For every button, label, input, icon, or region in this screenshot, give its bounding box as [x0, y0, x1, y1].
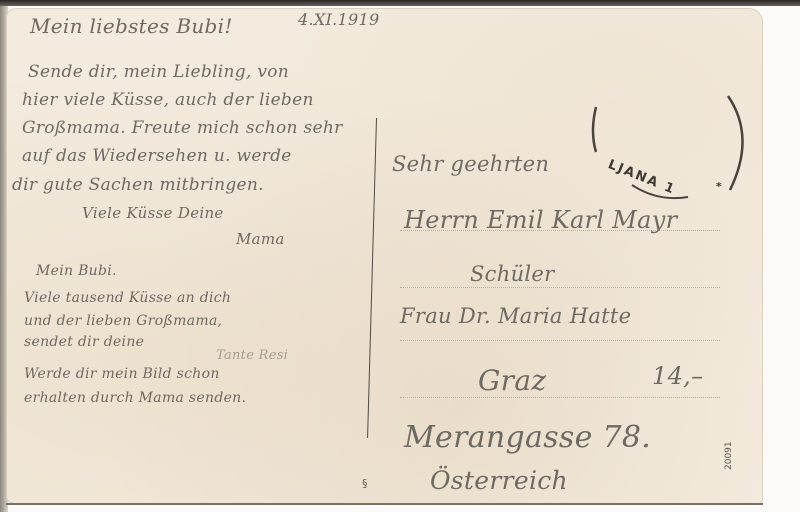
second-message-salutation: Mein Bubi. — [36, 263, 117, 279]
address-dotted-line — [400, 397, 720, 398]
address-occupation: Schüler — [470, 262, 554, 286]
postcard-bottom-edge — [6, 503, 763, 505]
message-line: Großmama. Freute mich schon sehr — [22, 118, 343, 138]
address-dotted-line — [400, 340, 720, 341]
serial-number: 20091 — [724, 441, 734, 470]
message-line: dir gute Sachen mitbringen. — [12, 175, 264, 195]
publisher-logo-icon: § — [362, 477, 368, 490]
address-street: Merangasse 78. — [404, 420, 651, 455]
address-country: Österreich — [430, 466, 568, 495]
message-date: 4.XI.1919 — [298, 10, 379, 29]
address-care-of: Frau Dr. Maria Hatte — [400, 304, 631, 328]
postmark: LJANA 1 * — [588, 52, 748, 202]
postmark-star: * — [716, 180, 724, 193]
second-message-line: sendet dir deine — [24, 334, 144, 350]
message-closing: Viele Küsse Deine — [82, 204, 224, 222]
address-city: Graz — [478, 364, 546, 397]
message-salutation: Mein liebstes Bubi! — [30, 14, 233, 38]
address-note: 14,– — [652, 362, 703, 390]
scan-top-edge — [0, 0, 800, 6]
second-message-line: erhalten durch Mama senden. — [24, 390, 246, 406]
second-message-line: und der lieben Großmama, — [24, 313, 222, 329]
address-greeting: Sehr geehrten — [392, 152, 549, 176]
second-message-line: Werde dir mein Bild schon — [24, 366, 220, 382]
message-line: hier viele Küsse, auch der lieben — [22, 90, 314, 110]
message-signature: Mama — [236, 230, 285, 248]
message-line: Sende dir, mein Liebling, von — [28, 62, 289, 82]
address-dotted-line — [400, 287, 720, 288]
second-message-faint-text: Tante Resi — [216, 348, 288, 363]
second-message-line: Viele tausend Küsse an dich — [24, 290, 231, 306]
address-recipient-name: Herrn Emil Karl Mayr — [404, 206, 677, 234]
message-line: auf das Wiedersehen u. werde — [22, 146, 292, 166]
